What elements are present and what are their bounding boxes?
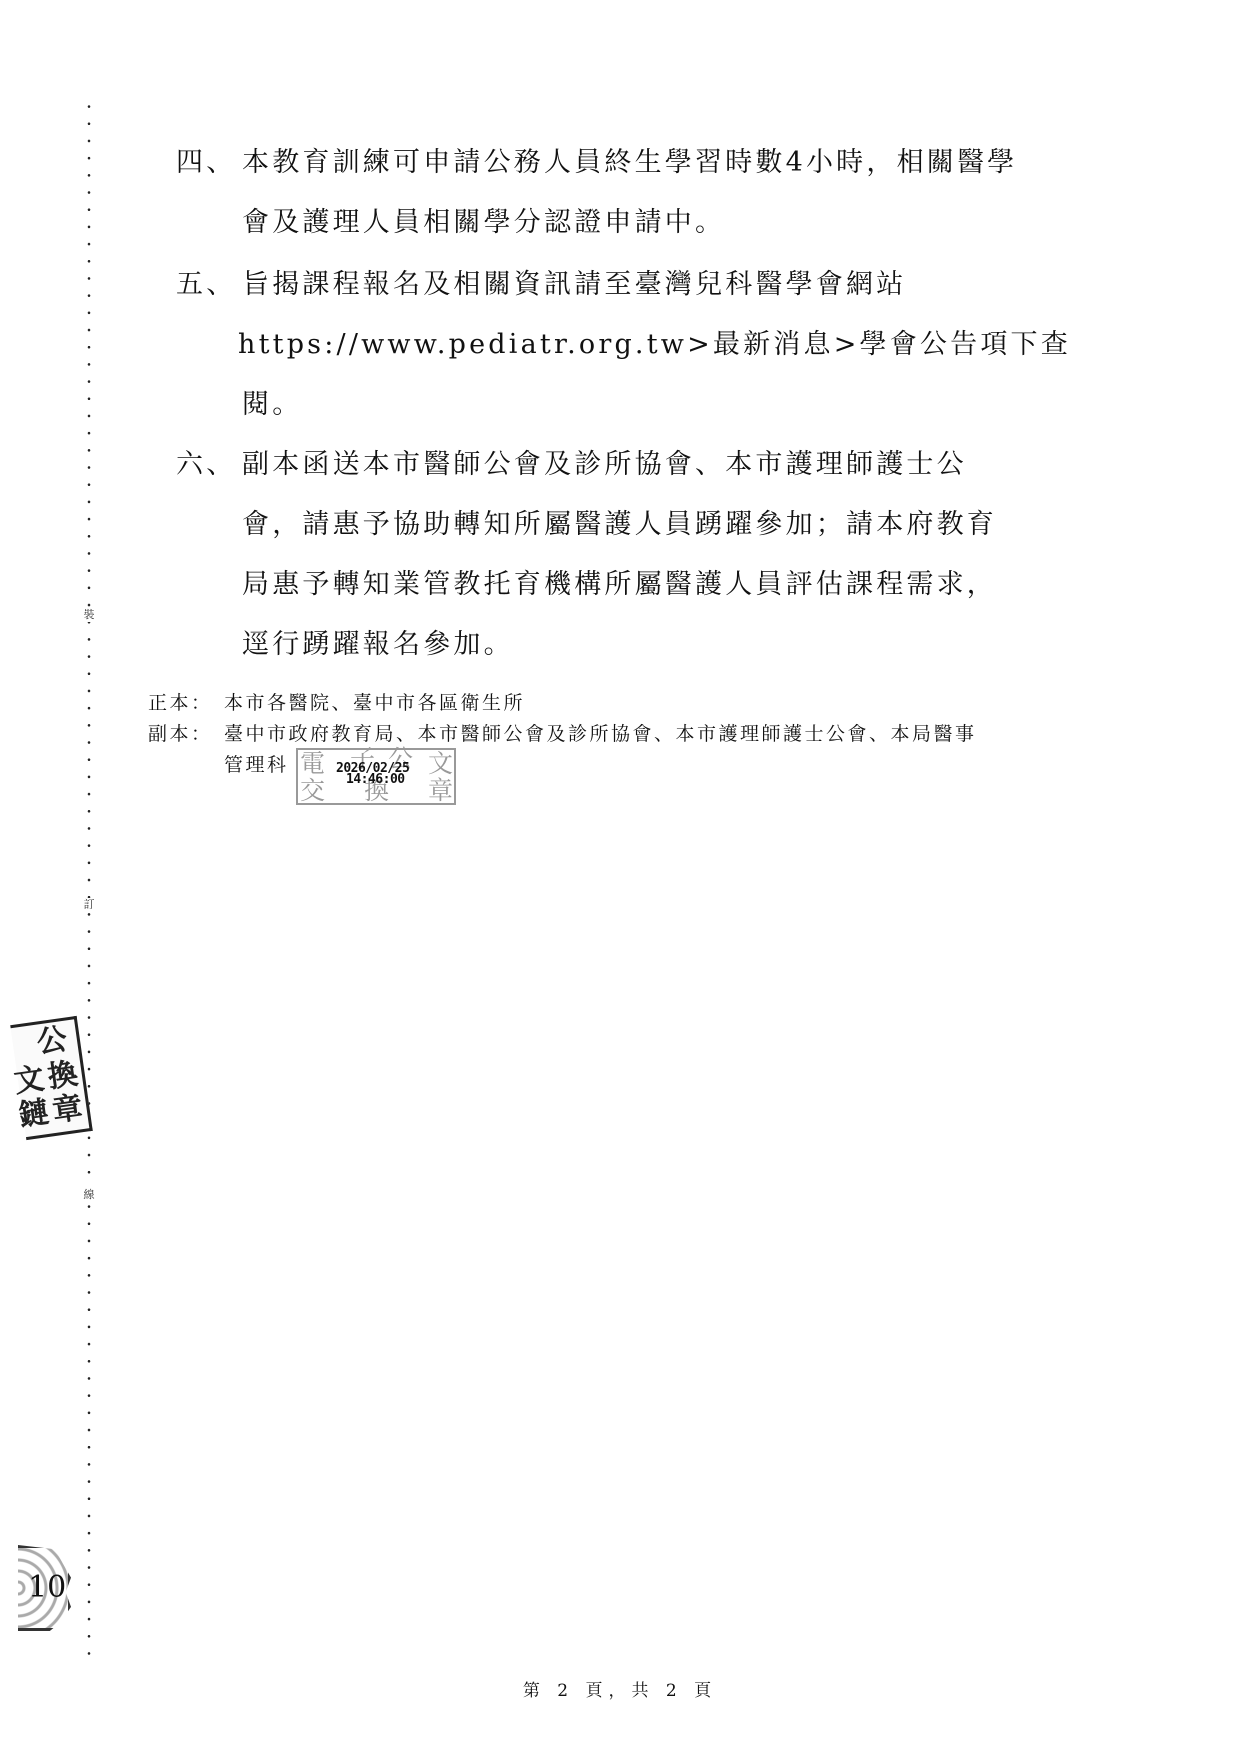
item-line: 會及護理人員相關學分認證申請中。 (242, 200, 725, 239)
binding-mark-xian: 線 (82, 1188, 96, 1202)
copy-recipients-line: 臺中市政府教育局、本市醫師公會及診所協會、本市護理師護士公會、本局醫事 (224, 719, 977, 746)
item-number: 五、 (176, 262, 236, 301)
stamp-char: 章 (428, 778, 453, 803)
copy-recipients-label: 副本： (148, 719, 213, 746)
item-line: 會，請惠予協助轉知所屬醫護人員踴躍參加；請本府教育 (242, 502, 997, 541)
binding-mark-ding: 訂 (82, 898, 96, 912)
stamp-time: 14:46:00 (346, 772, 405, 787)
side-exchange-seal: 公 換 文 章 鏈 (10, 1016, 92, 1140)
stamp-char: 文 (428, 751, 453, 776)
page-count-seal: 10 (18, 1545, 71, 1631)
seal-char: 鏈 (17, 1096, 51, 1134)
document-page: 裝 訂 線 四、 本教育訓練可申請公務人員終生學習時數4小時，相關醫學 會及護理… (0, 0, 1240, 1754)
main-recipients-label: 正本： (148, 688, 213, 715)
item-line: 本教育訓練可申請公務人員終生學習時數4小時，相關醫學 (242, 140, 1017, 179)
binding-mark-zhuang: 裝 (82, 608, 96, 622)
stamp-char: 交 (300, 778, 325, 803)
seal-char: 換 (46, 1057, 80, 1095)
binding-dotted-line (87, 98, 91, 1668)
seal-char: 文 (12, 1062, 46, 1100)
item-url-line: https://www.pediatr.org.tw>最新消息>學會公告項下查 (238, 322, 1071, 361)
stamp-char: 電 (300, 751, 325, 776)
seal-char: 公 (35, 1023, 69, 1061)
item-line: 逕行踴躍報名參加。 (242, 622, 514, 661)
seal-number: 10 (28, 1570, 66, 1605)
main-recipients-value: 本市各醫院、臺中市各區衛生所 (224, 688, 525, 715)
item-number: 四、 (176, 140, 236, 179)
item-number: 六、 (176, 442, 236, 481)
item-line: 閱。 (242, 382, 302, 421)
page-footer: 第 2 頁，共 2 頁 (0, 1676, 1240, 1701)
electronic-document-stamp: 電 子 公 文 交 換 章 2026/02/25 14:46:00 (296, 748, 456, 805)
copy-recipients-line: 管理科 (224, 750, 289, 777)
item-line: 旨揭課程報名及相關資訊請至臺灣兒科醫學會網站 (242, 262, 906, 301)
seal-char: 章 (50, 1091, 84, 1129)
item-line: 副本函送本市醫師公會及診所協會、本市護理師護士公 (242, 442, 967, 481)
item-line: 局惠予轉知業管教托育機構所屬醫護人員評估課程需求， (242, 562, 997, 601)
